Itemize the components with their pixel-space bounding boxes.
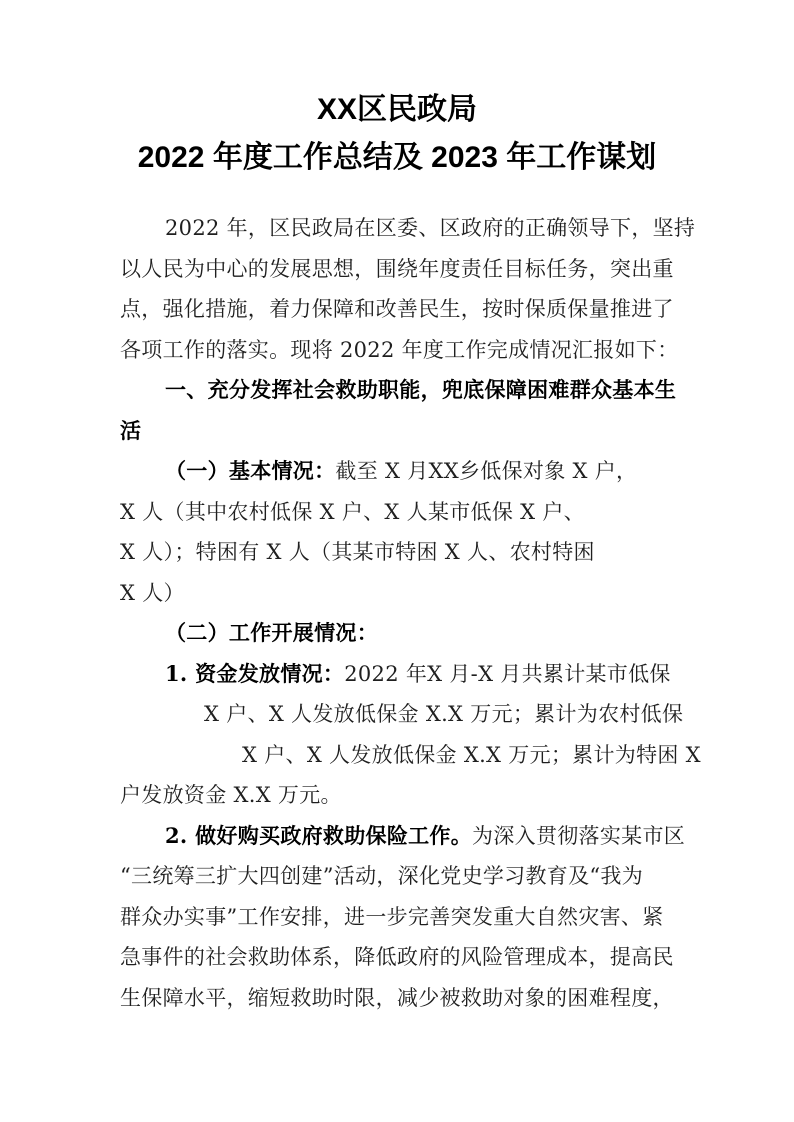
body-text-run: 以人民为中心的发展思想，围绕年度责任目标任务，突出重 — [120, 257, 674, 281]
body-text-run: X 人） — [120, 581, 185, 605]
document-page: XX区民政局 2022 年度工作总结及 2023 年工作谋划 2022 年，区民… — [0, 0, 794, 1122]
body-text-run: 为深入贯彻落实某市区 — [472, 824, 685, 848]
body-text-run: 各项工作的落实。现将 2022 年度工作完成情况汇报如下： — [120, 338, 679, 362]
text-line: 生保障水平，缩短救助时限，减少被救助对象的困难程度， — [120, 978, 677, 1019]
text-line: X 人） — [120, 573, 677, 614]
heading-text-run: 一、充分发挥社会救助职能，兜底保障困难群众基本生 — [165, 379, 676, 402]
body-text-run: X 人）；特困有 X 人（其某市特困 X 人、农村特困 — [120, 540, 595, 564]
text-line: （一）基本情况：截至 X 月XX乡低保对象 X 户， — [120, 451, 677, 492]
text-line: 急事件的社会救助体系，降低政府的风险管理成本，提高民 — [120, 937, 677, 978]
body-text-run: 群众办实事”工作安排，进一步完善突发重大自然灾害、紧 — [120, 905, 664, 929]
heading-text-run: （一）基本情况： — [165, 458, 335, 483]
body-text-run: “三统筹三扩大四创建”活动，深化党史学习教育及“我为 — [120, 864, 643, 888]
body-text-run: 点，强化措施，着力保障和改善民生，按时保质保量推进了 — [120, 297, 674, 321]
document-body: 2022 年，区民政局在区委、区政府的正确领导下，坚持以人民为中心的发展思想，围… — [120, 208, 677, 1018]
body-text-run: X 户、X 人发放低保金 X.X 万元；累计为农村低保 — [204, 702, 683, 726]
body-text-run: X 户、X 人发放低保金 X.X 万元；累计为特困 X — [242, 743, 701, 767]
text-line: 各项工作的落实。现将 2022 年度工作完成情况汇报如下： — [120, 330, 677, 371]
text-line: 一、充分发挥社会救助职能，兜底保障困难群众基本生 — [120, 370, 677, 411]
text-line: 户发放资金 X.X 万元。 — [120, 775, 677, 816]
body-text-run: 2022 年，区民政局在区委、区政府的正确领导下，坚持 — [165, 216, 695, 240]
body-text-run: 截至 X 月XX乡低保对象 X 户， — [335, 459, 637, 483]
body-text-run: 急事件的社会救助体系，降低政府的风险管理成本，提高民 — [120, 945, 674, 969]
text-line: 群众办实事”工作安排，进一步完善突发重大自然灾害、紧 — [120, 897, 677, 938]
text-line: （二）工作开展情况： — [120, 613, 677, 654]
body-text-run: 2022 年X 月-X 月共累计某市低保 — [344, 662, 670, 686]
text-line: 以人民为中心的发展思想，围绕年度责任目标任务，突出重 — [120, 249, 677, 290]
heading-text-run: （二）工作开展情况： — [165, 620, 378, 645]
heading-text-run: 1. 资金发放情况： — [165, 661, 344, 686]
text-line: “三统筹三扩大四创建”活动，深化党史学习教育及“我为 — [120, 856, 677, 897]
text-line: X 人（其中农村低保 X 户、X 人某市低保 X 户、 — [120, 492, 677, 533]
text-line: 点，强化措施，着力保障和改善民生，按时保质保量推进了 — [120, 289, 677, 330]
text-line: X 户、X 人发放低保金 X.X 万元；累计为农村低保 — [120, 694, 677, 735]
body-text-run: 生保障水平，缩短救助时限，减少被救助对象的困难程度， — [120, 986, 674, 1010]
document-subtitle: 2022 年度工作总结及 2023 年工作谋划 — [0, 134, 794, 182]
text-line: 活 — [120, 411, 677, 452]
heading-text-run: 活 — [120, 420, 141, 443]
heading-text-run: 2. 做好购买政府救助保险工作。 — [165, 823, 472, 848]
text-line: X 户、X 人发放低保金 X.X 万元；累计为特困 X — [120, 735, 677, 776]
text-line: X 人）；特困有 X 人（其某市特困 X 人、农村特困 — [120, 532, 677, 573]
body-text-run: 户发放资金 X.X 万元。 — [120, 783, 342, 807]
text-line: 2022 年，区民政局在区委、区政府的正确领导下，坚持 — [120, 208, 677, 249]
text-line: 2. 做好购买政府救助保险工作。为深入贯彻落实某市区 — [120, 816, 677, 857]
document-title: XX区民政局 — [0, 86, 794, 134]
body-text-run: X 人（其中农村低保 X 户、X 人某市低保 X 户、 — [120, 500, 585, 524]
text-line: 1. 资金发放情况：2022 年X 月-X 月共累计某市低保 — [120, 654, 677, 695]
